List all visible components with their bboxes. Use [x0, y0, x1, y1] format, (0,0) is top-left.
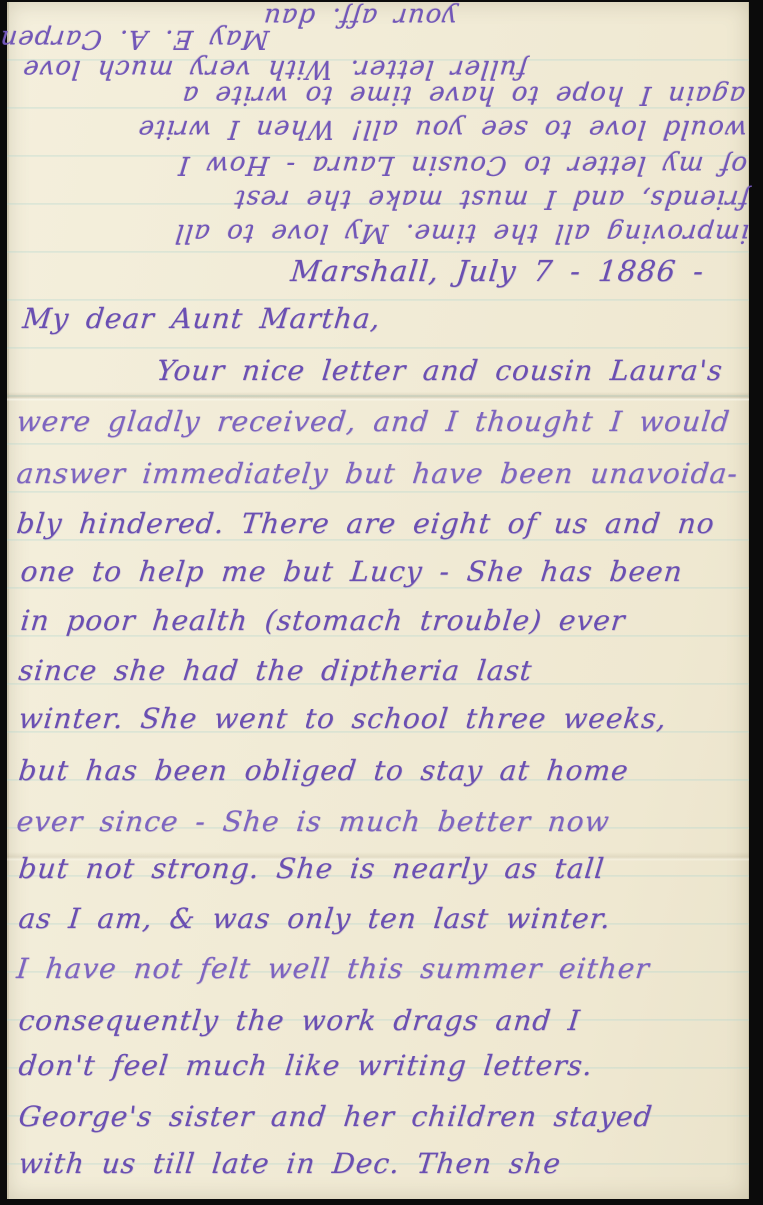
- letter-body-line: don't feel much like writing letters.: [17, 1049, 595, 1082]
- letter-body-line: since she had the diptheria last: [17, 654, 534, 687]
- letter-body-line: Your nice letter and cousin Laura's: [155, 354, 725, 387]
- letter-body-line: bly hindered. There are eight of us and …: [15, 507, 716, 540]
- letter-body-line: but has been obliged to stay at home: [17, 754, 630, 787]
- letter-body-line: consequently the work drags and I: [17, 1004, 582, 1037]
- letter-body-line: in poor health (stomach trouble) ever: [19, 604, 627, 637]
- letter-signature-line: May E. A. Carpenter: [0, 24, 271, 54]
- letter-salutation: My dear Aunt Martha,: [21, 302, 382, 335]
- letter-closing-line: of my letter to Cousin Laura - How I: [13, 150, 748, 180]
- scanned-letter-page: your aff. dau May E. A. Carpenter fuller…: [0, 0, 763, 1205]
- letter-dateline: Marshall, July 7 - 1886 -: [289, 254, 706, 288]
- letter-body-line: George's sister and her children stayed: [17, 1100, 654, 1133]
- paper-fold-crease: [7, 392, 749, 401]
- letter-closing-line: friends, and I must make the rest: [5, 184, 750, 214]
- letter-closing-line: would love to see you all! When I write: [17, 114, 748, 144]
- letter-body-line: with us till late in Dec. Then she: [17, 1147, 563, 1180]
- letter-body-line: one to help me but Lucy - She has been: [19, 555, 685, 588]
- letter-closing-line: again I hope to have time to write a: [23, 80, 746, 110]
- letter-body-line: I have not felt well this summer either: [15, 952, 652, 985]
- letter-paper: your aff. dau May E. A. Carpenter fuller…: [7, 2, 749, 1199]
- letter-body-line: ever since - She is much better now: [15, 805, 611, 838]
- letter-body-line: but not strong. She is nearly as tall: [17, 852, 606, 885]
- letter-body-line: as I am, & was only ten last winter.: [17, 902, 613, 935]
- letter-body-line: were gladly received, and I thought I wo…: [15, 405, 732, 438]
- letter-body-line: answer immediately but have been unavoid…: [15, 457, 740, 490]
- letter-body-line: winter. She went to school three weeks,: [17, 702, 668, 735]
- letter-closing-line: improving all the time. My love to all: [7, 218, 750, 248]
